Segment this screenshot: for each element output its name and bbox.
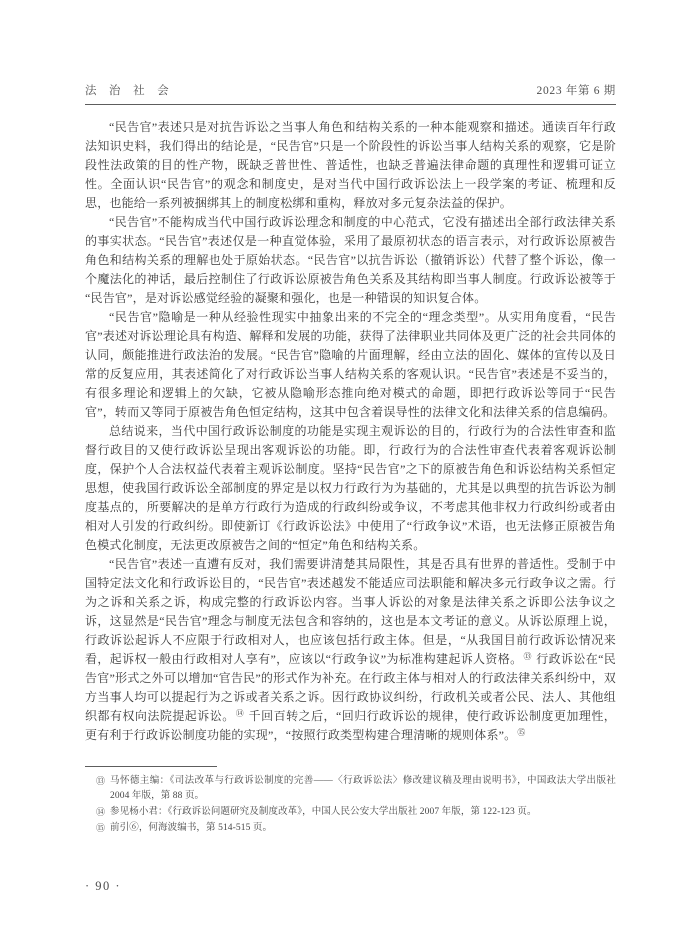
footnote-ref: ⑮: [516, 728, 526, 737]
article-body: “民告官”表述只是对抗告诉讼之当事人角色和结构关系的一种本能观察和描述。通读百年…: [85, 118, 616, 745]
page-content: 法 治 社 会 2023 年第 6 期 “民告官”表述只是对抗告诉讼之当事人角色…: [85, 0, 616, 837]
footnote-ref: ⑭: [235, 709, 245, 718]
paragraph: “民告官”隐喻是一种从经验性现实中抽象出来的不完全的“理念类型”。从实用角度看，…: [85, 308, 616, 422]
journal-page: 法 治 社 会 2023 年第 6 期 “民告官”表述只是对抗告诉讼之当事人角色…: [0, 0, 700, 942]
paragraph: “民告官”表述一直遭有反对，我们需要讲清楚其局限性，其是否具有世界的普适性。受制…: [85, 555, 616, 745]
footnote-marker: ⑬: [96, 774, 105, 804]
footnote-text: 参见杨小君：《行政诉讼问题研究及制度改革》，中国人民公安大学出版社 2007 年…: [110, 805, 537, 820]
footnote-marker: ⑮: [96, 821, 105, 836]
journal-title: 法 治 社 会: [85, 82, 173, 98]
running-head: 法 治 社 会 2023 年第 6 期: [85, 0, 616, 98]
page-number: · 90 ·: [85, 879, 121, 894]
footnotes: ⑬马怀德主编：《司法改革与行政诉讼制度的完善——〈行政诉讼法〉修改建议稿及理由说…: [85, 774, 616, 836]
paragraph: “民告官”不能构成当代中国行政诉讼理念和制度的中心范式，它没有描述出全部行政法律…: [85, 213, 616, 308]
footnote-text: 前引⑥，何海波编书，第 514-515 页。: [110, 821, 272, 836]
footnote-text: 马怀德主编：《司法改革与行政诉讼制度的完善——〈行政诉讼法〉修改建议稿及理由说明…: [110, 774, 616, 804]
footnote-item: ⑬马怀德主编：《司法改革与行政诉讼制度的完善——〈行政诉讼法〉修改建议稿及理由说…: [96, 774, 616, 804]
issue-label: 2023 年第 6 期: [537, 82, 616, 98]
footnote-separator: [85, 766, 217, 767]
paragraph: “民告官”表述只是对抗告诉讼之当事人角色和结构关系的一种本能观察和描述。通读百年…: [85, 118, 616, 213]
footnote-item: ⑭参见杨小君：《行政诉讼问题研究及制度改革》，中国人民公安大学出版社 2007 …: [96, 805, 616, 820]
paragraph: 总结说来，当代中国行政诉讼制度的功能是实现主观诉讼的目的，行政行为的合法性审查和…: [85, 422, 616, 555]
footnote-ref: ⑬: [523, 652, 533, 661]
footnote-item: ⑮前引⑥，何海波编书，第 514-515 页。: [96, 821, 616, 836]
header-rule: [85, 104, 616, 105]
footnote-marker: ⑭: [96, 805, 105, 820]
